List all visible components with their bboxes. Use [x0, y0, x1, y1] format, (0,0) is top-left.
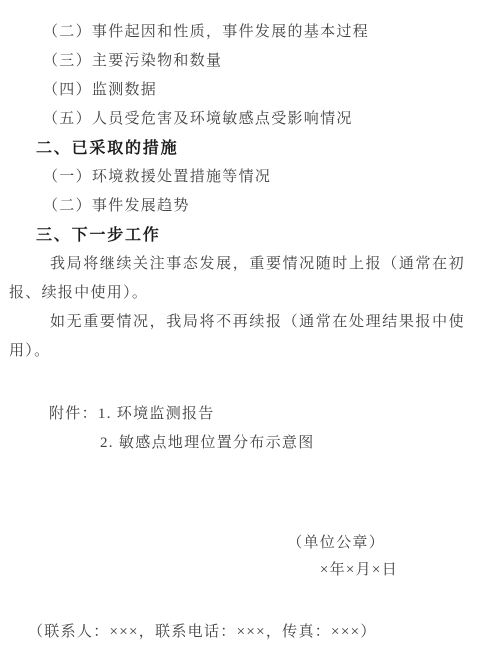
list-item: （一）环境救援处置措施等情况: [9, 163, 483, 192]
document-page: （二）事件起因和性质，事件发展的基本过程 （三）主要污染物和数量 （四）监测数据…: [0, 0, 483, 660]
attachment-item: 1. 环境监测报告: [98, 406, 215, 422]
contact-note: （联系人：×××，联系电话：×××，传真：×××）: [9, 618, 483, 647]
section-heading-measures: 二、已采取的措施: [9, 134, 483, 163]
attachment-line: 附件：1. 环境监测报告: [9, 400, 483, 429]
list-item: （五）人员受危害及环境敏感点受影响情况: [9, 105, 483, 134]
body-paragraph: 我局将继续关注事态发展，重要情况随时上报（通常在初报、续报中使用）。: [9, 250, 465, 308]
seal-placeholder: （单位公章）: [9, 530, 483, 557]
date-line: ×年×月×日: [9, 557, 483, 584]
list-item: （四）监测数据: [9, 76, 483, 105]
attachments-block: 附件：1. 环境监测报告 2. 敏感点地理位置分布示意图: [9, 400, 483, 458]
attachment-item: 2. 敏感点地理位置分布示意图: [9, 429, 483, 458]
section-heading-next-steps: 三、下一步工作: [9, 221, 483, 250]
body-paragraph: 如无重要情况，我局将不再续报（通常在处理结果报中使用）。: [9, 308, 465, 366]
list-item: （二）事件发展趋势: [9, 192, 483, 221]
list-item: （三）主要污染物和数量: [9, 47, 483, 76]
list-item: （二）事件起因和性质，事件发展的基本过程: [9, 18, 483, 47]
signature-block: （单位公章） ×年×月×日: [9, 530, 483, 584]
attachments-label: 附件：: [49, 406, 98, 422]
